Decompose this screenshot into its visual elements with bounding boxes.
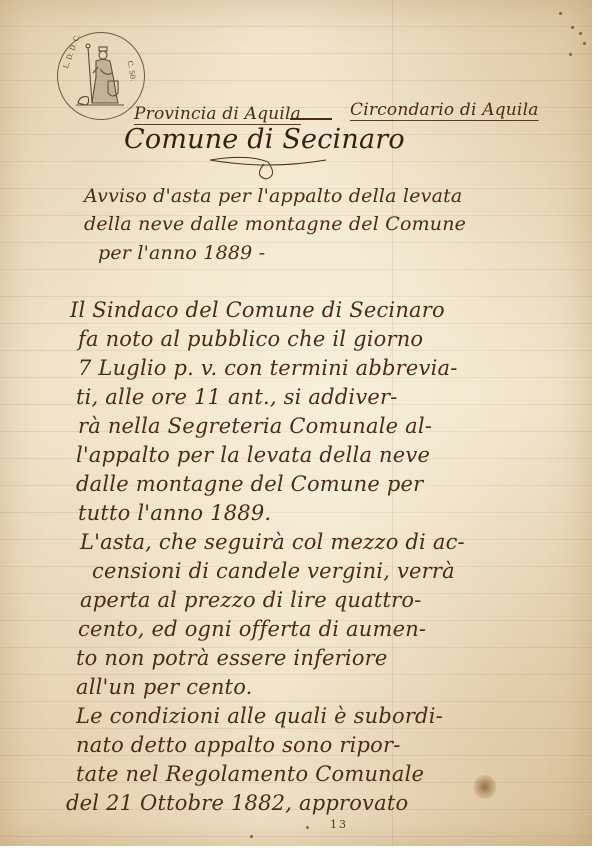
title-flourish-icon bbox=[208, 152, 328, 182]
paper-speck bbox=[559, 12, 562, 15]
paper-speck bbox=[571, 26, 574, 29]
paper-speck bbox=[579, 32, 582, 35]
body-line: tate nel Regolamento Comunale bbox=[76, 762, 424, 786]
body-line: fa noto al pubblico che il giorno bbox=[78, 327, 423, 351]
body-line: dalle montagne del Comune per bbox=[76, 472, 423, 496]
body-line: l'appalto per la levata della neve bbox=[76, 443, 430, 467]
page-number-mark: 13 bbox=[330, 818, 348, 831]
paper-speck bbox=[583, 42, 586, 45]
paper-speck bbox=[250, 835, 253, 838]
body-line: aperta al prezzo di lire quattro- bbox=[80, 588, 421, 612]
body-line: all'un per cento. bbox=[76, 675, 253, 699]
subject-line-2: della neve dalle montagne del Comune bbox=[84, 213, 466, 235]
body-line: ti, alle ore 11 ant., si addiver- bbox=[76, 385, 398, 409]
comune-title: Comune di Secinaro bbox=[124, 124, 405, 155]
paper-speck bbox=[306, 826, 309, 829]
circondario-heading: Circondario di Aquila bbox=[350, 100, 539, 120]
body-line: rà nella Segreteria Comunale al- bbox=[78, 414, 432, 438]
document-page: L. D. D. C. C. 50. Provincia di Aquila C… bbox=[0, 0, 592, 846]
revenue-stamp-seal: L. D. D. C. C. 50. bbox=[57, 32, 145, 120]
body-line: Le condizioni alle quali è subordi- bbox=[76, 704, 443, 728]
heading-separator-dash bbox=[290, 118, 332, 120]
subject-line-1: Avviso d'asta per l'appalto della levata bbox=[84, 185, 462, 207]
body-line: to non potrà essere inferiore bbox=[76, 646, 388, 670]
body-line: nato detto appalto sono ripor- bbox=[76, 733, 401, 757]
body-line: 7 Luglio p. v. con termini abbrevia- bbox=[78, 356, 458, 380]
paper-speck bbox=[569, 53, 572, 56]
body-line: Il Sindaco del Comune di Secinaro bbox=[70, 298, 445, 322]
province-heading: Provincia di Aquila bbox=[134, 104, 301, 124]
body-line: censioni di candele vergini, verrà bbox=[92, 559, 455, 583]
subject-line-3: per l'anno 1889 - bbox=[98, 242, 265, 264]
body-line: tutto l'anno 1889. bbox=[78, 501, 271, 525]
body-line: cento, ed ogni offerta di aumen- bbox=[78, 617, 426, 641]
ink-stain bbox=[474, 775, 496, 799]
body-line: del 21 Ottobre 1882, approvato bbox=[66, 791, 408, 815]
body-line: L'asta, che seguirà col mezzo di ac- bbox=[80, 530, 465, 554]
